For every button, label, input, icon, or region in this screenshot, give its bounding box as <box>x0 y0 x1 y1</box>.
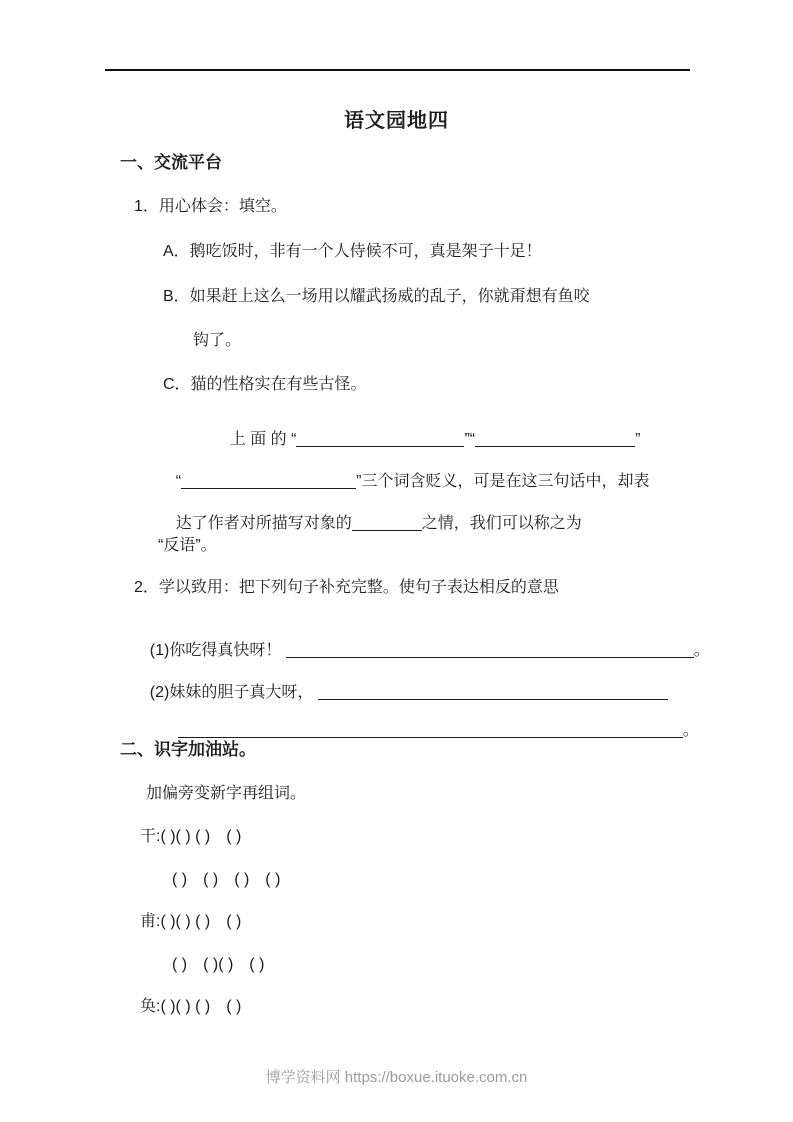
fill-blank-sentence1 <box>286 641 694 658</box>
radical-row-fu: 甫:( )( ) ( ) ( ) <box>140 912 241 932</box>
fill-blank-emotion <box>352 514 422 531</box>
q2-item2-prefix: (2)妹妹的胆子真大呀， <box>150 684 314 701</box>
q2-item2-cont-period: 。 <box>683 722 699 739</box>
q1-item-c: C．猫的性格实在有些古怪。 <box>163 375 367 395</box>
radical-row-fu-words: ( ) ( )( ) ( ) <box>172 955 264 975</box>
fill-blank-sentence2 <box>318 683 668 700</box>
section2-subtitle: 加偏旁变新字再组词。 <box>146 784 306 804</box>
q2-item1-prefix: (1)你吃得真快呀！ <box>150 642 282 659</box>
analysis-line4: “反语”。 <box>158 536 217 556</box>
fill-blank-word3 <box>181 472 356 489</box>
analysis-line3: 达了作者对所描写对象的之情，我们可以称之为 <box>158 494 582 554</box>
section1-heading: 一、交流平台 <box>120 153 222 173</box>
radical-row-huan: 奂:( )( ) ( ) ( ) <box>140 997 241 1017</box>
header-rule <box>105 69 690 71</box>
page-title: 语文园地四 <box>0 104 793 133</box>
fill-blank-sentence2-cont <box>178 721 683 738</box>
q1-item-b-line2: 钩了。 <box>193 331 241 351</box>
analysis-line1-close-quote: ” <box>635 431 640 448</box>
analysis-line3-pre: 达了作者对所描写对象的 <box>176 515 352 532</box>
analysis-line2-text: ”三个词含贬义，可是在这三句话中，却表 <box>356 473 649 490</box>
q1-item-b-line1: B．如果赶上这么一场用以耀武扬威的乱子，你就甭想有鱼咬 <box>163 287 590 307</box>
q2-label: 2．学以致用：把下列句子补充完整。使句子表达相反的意思 <box>134 578 559 598</box>
radical-row-gan: 干:( )( ) ( ) ( ) <box>140 827 241 847</box>
radical-row-gan-words: ( ) ( ) ( ) ( ) <box>172 870 280 890</box>
q2-item1-period: 。 <box>694 642 710 659</box>
analysis-line1-mid-quotes: ”“ <box>464 431 475 448</box>
section2-heading: 二、识字加油站。 <box>120 740 256 760</box>
analysis-line1-open: 上 面 的 “ <box>230 431 297 448</box>
fill-blank-word2 <box>475 430 635 447</box>
q1-label: 1．用心体会：填空。 <box>134 197 287 217</box>
analysis-line3-post: 之情，我们可以称之为 <box>422 515 582 532</box>
q1-item-a: A．鹅吃饭时，非有一个人侍候不可，真是架子十足！ <box>163 242 542 262</box>
worksheet-page: 语文园地四 一、交流平台 1．用心体会：填空。 A．鹅吃饭时，非有一个人侍候不可… <box>0 0 793 1122</box>
footer-watermark: 博学资料网 https://boxue.ituoke.com.cn <box>0 1066 793 1087</box>
fill-blank-word1 <box>296 430 464 447</box>
